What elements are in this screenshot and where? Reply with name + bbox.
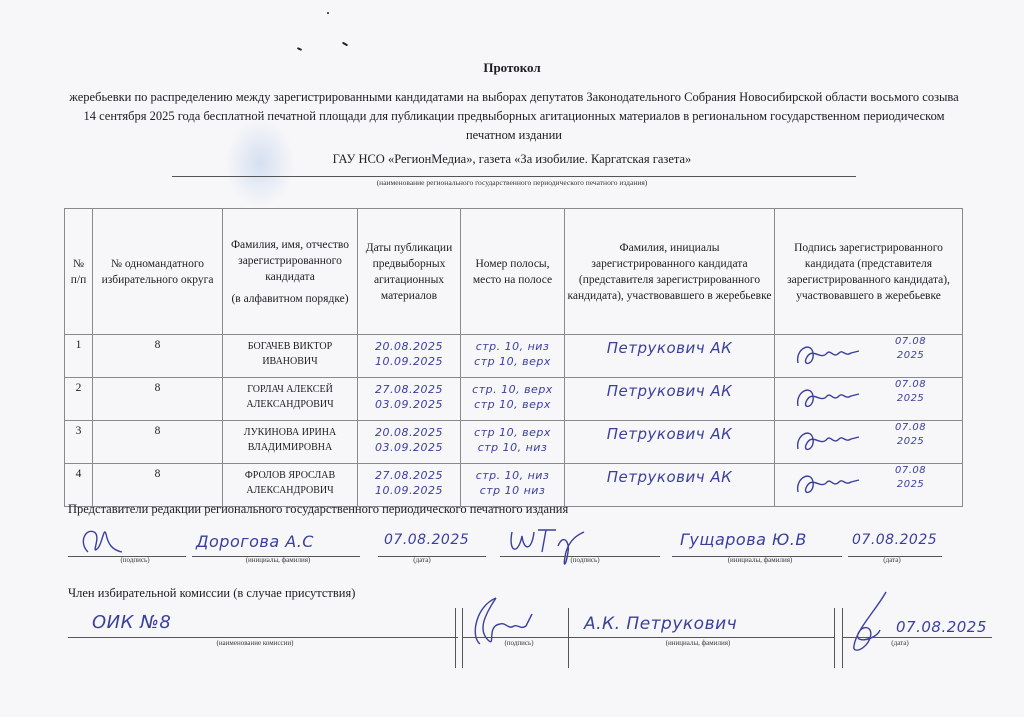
commission-date-line	[842, 637, 992, 638]
row-publication-dates: 27.08.202503.09.2025	[358, 378, 461, 421]
row-district: 8	[93, 421, 223, 464]
row-date2: 03.09.2025	[360, 397, 458, 412]
row-page-placement: стр 10, верхстр 10, низ	[461, 421, 565, 464]
document-title: Протокол	[0, 60, 1024, 76]
col-header-candidate-note: (в алфавитном порядке)	[225, 291, 355, 307]
row-page1: стр. 10, низ	[463, 339, 562, 354]
commission-member-line	[568, 637, 834, 638]
col-header-candidate-label: Фамилия, имя, отчество зарегистрированно…	[225, 237, 355, 285]
row-name-line1: ФРОЛОВ ЯРОСЛАВ	[225, 468, 355, 483]
row-date2: 10.09.2025	[360, 354, 458, 369]
row-signature: 07.082025	[775, 464, 963, 507]
commission-signature-caption: (подпись)	[494, 639, 544, 647]
row-candidate-name: ГОРЛАЧ АЛЕКСЕЙАЛЕКСАНДРОВИЧ	[223, 378, 358, 421]
table-row: 2 8 ГОРЛАЧ АЛЕКСЕЙАЛЕКСАНДРОВИЧ 27.08.20…	[65, 378, 963, 421]
row-publication-dates: 20.08.202503.09.2025	[358, 421, 461, 464]
row-name-line2: ВЛАДИМИРОВНА	[225, 440, 355, 455]
scan-speck	[342, 42, 348, 47]
commission-date-bar	[842, 608, 843, 668]
table-header-row: № п/п № одномандатного избирательного ок…	[65, 209, 963, 335]
row-page1: стр. 10, низ	[463, 468, 562, 483]
row-publication-dates: 27.08.202510.09.2025	[358, 464, 461, 507]
row-page-placement: стр. 10, низстр 10 низ	[461, 464, 565, 507]
row-name-line1: ГОРЛАЧ АЛЕКСЕЙ	[225, 382, 355, 397]
row-candidate-name: БОГАЧЕВ ВИКТОРИВАНОВИЧ	[223, 335, 358, 378]
commission-date-caption: (дата)	[880, 639, 920, 647]
row-district: 8	[93, 378, 223, 421]
row-sig-date1: 07.08	[895, 335, 926, 349]
row-page-placement: стр. 10, верхстр 10, верх	[461, 378, 565, 421]
commission-name-caption: (наименование комиссии)	[200, 639, 310, 647]
row-sig-date2: 2025	[895, 392, 926, 406]
row-date2: 03.09.2025	[360, 440, 458, 455]
table-row: 4 8 ФРОЛОВ ЯРОСЛАВАЛЕКСАНДРОВИЧ 27.08.20…	[65, 464, 963, 507]
row-signature: 07.082025	[775, 335, 963, 378]
rep1-date: 07.08.2025	[384, 532, 469, 548]
signature-scribble-icon	[793, 425, 863, 455]
row-number: 1	[65, 335, 93, 378]
rep1-date-caption: (дата)	[402, 556, 442, 564]
col-header-signature: Подпись зарегистрированного кандидата (п…	[775, 209, 963, 335]
row-number: 2	[65, 378, 93, 421]
row-sig-date2: 2025	[895, 435, 926, 449]
commission-date-bar	[834, 608, 835, 668]
commission-name-line	[68, 637, 458, 638]
row-date1: 20.08.2025	[360, 339, 458, 354]
commission-signature-line	[462, 637, 568, 638]
commission-name: ОИК №8	[92, 612, 171, 633]
scan-speck	[327, 12, 329, 14]
publisher-underline	[172, 176, 856, 177]
row-date1: 20.08.2025	[360, 425, 458, 440]
rep1-name-caption: (инициалы, фамилия)	[228, 556, 328, 564]
document-subtitle: жеребьевки по распределению между зареги…	[64, 88, 964, 145]
row-representative: Петрукович АК	[565, 464, 775, 507]
publisher-name: ГАУ НСО «РегионМедиа», газета «За изобил…	[0, 152, 1024, 167]
row-date1: 27.08.2025	[360, 468, 458, 483]
commission-name-bar	[568, 608, 569, 668]
row-representative: Петрукович АК	[565, 378, 775, 421]
commission-signature-bar	[455, 608, 456, 668]
row-signature: 07.082025	[775, 421, 963, 464]
row-number: 3	[65, 421, 93, 464]
row-page2: стр 10, верх	[463, 397, 562, 412]
table-row: 3 8 ЛУКИНОВА ИРИНАВЛАДИМИРОВНА 20.08.202…	[65, 421, 963, 464]
table-row: 1 8 БОГАЧЕВ ВИКТОРИВАНОВИЧ 20.08.202510.…	[65, 335, 963, 378]
row-date1: 27.08.2025	[360, 382, 458, 397]
rep2-date-caption: (дата)	[872, 556, 912, 564]
rep2-name: Гущарова Ю.В	[680, 530, 807, 549]
commission-member-caption: (инициалы, фамилия)	[648, 639, 748, 647]
col-header-candidate: Фамилия, имя, отчество зарегистрированно…	[223, 209, 358, 335]
commission-signature-bar	[462, 608, 463, 668]
row-sig-date1: 07.08	[895, 421, 926, 435]
row-page2: стр 10, верх	[463, 354, 562, 369]
signature-scribble-icon	[793, 339, 863, 369]
col-header-dates: Даты публикации предвыборных агитационны…	[358, 209, 461, 335]
commission-date: 07.08.2025	[896, 618, 987, 636]
row-page1: стр. 10, верх	[463, 382, 562, 397]
commission-heading: Член избирательной комиссии (в случае пр…	[68, 586, 355, 601]
row-number: 4	[65, 464, 93, 507]
row-candidate-name: ФРОЛОВ ЯРОСЛАВАЛЕКСАНДРОВИЧ	[223, 464, 358, 507]
row-name-line2: АЛЕКСАНДРОВИЧ	[225, 483, 355, 498]
row-sig-date1: 07.08	[895, 464, 926, 478]
row-name-line1: ЛУКИНОВА ИРИНА	[225, 425, 355, 440]
row-name-line2: АЛЕКСАНДРОВИЧ	[225, 397, 355, 412]
row-candidate-name: ЛУКИНОВА ИРИНАВЛАДИМИРОВНА	[223, 421, 358, 464]
rep2-date: 07.08.2025	[852, 532, 937, 548]
row-publication-dates: 20.08.202510.09.2025	[358, 335, 461, 378]
row-sig-date1: 07.08	[895, 378, 926, 392]
row-representative: Петрукович АК	[565, 335, 775, 378]
row-sig-date2: 2025	[895, 349, 926, 363]
rep1-name: Дорогова А.С	[196, 532, 314, 551]
row-sig-date2: 2025	[895, 478, 926, 492]
signature-scribble-icon	[793, 468, 863, 498]
scan-speck	[297, 47, 302, 51]
row-name-line2: ИВАНОВИЧ	[225, 354, 355, 369]
row-page2: стр 10 низ	[463, 483, 562, 498]
row-name-line1: БОГАЧЕВ ВИКТОР	[225, 339, 355, 354]
col-header-page: Номер полосы, место на полосе	[461, 209, 565, 335]
col-header-district: № одномандатного избирательного округа	[93, 209, 223, 335]
draw-results-table: № п/п № одномандатного избирательного ок…	[64, 208, 963, 507]
rep1-signature-caption: (подпись)	[110, 556, 160, 564]
col-header-number: № п/п	[65, 209, 93, 335]
representatives-heading: Представители редакции регионального гос…	[68, 502, 568, 517]
row-page-placement: стр. 10, низстр 10, верх	[461, 335, 565, 378]
row-district: 8	[93, 335, 223, 378]
signature-scribble-icon	[793, 382, 863, 412]
col-header-representative: Фамилия, инициалы зарегистрированного ка…	[565, 209, 775, 335]
row-signature: 07.082025	[775, 378, 963, 421]
commission-member-name: А.К. Петрукович	[584, 614, 737, 634]
rep2-name-caption: (инициалы, фамилия)	[710, 556, 810, 564]
row-representative: Петрукович АК	[565, 421, 775, 464]
rep2-signature-caption: (подпись)	[560, 556, 610, 564]
row-district: 8	[93, 464, 223, 507]
row-page1: стр 10, верх	[463, 425, 562, 440]
publisher-caption: (наименование регионального государствен…	[0, 178, 1024, 187]
row-page2: стр 10, низ	[463, 440, 562, 455]
row-date2: 10.09.2025	[360, 483, 458, 498]
